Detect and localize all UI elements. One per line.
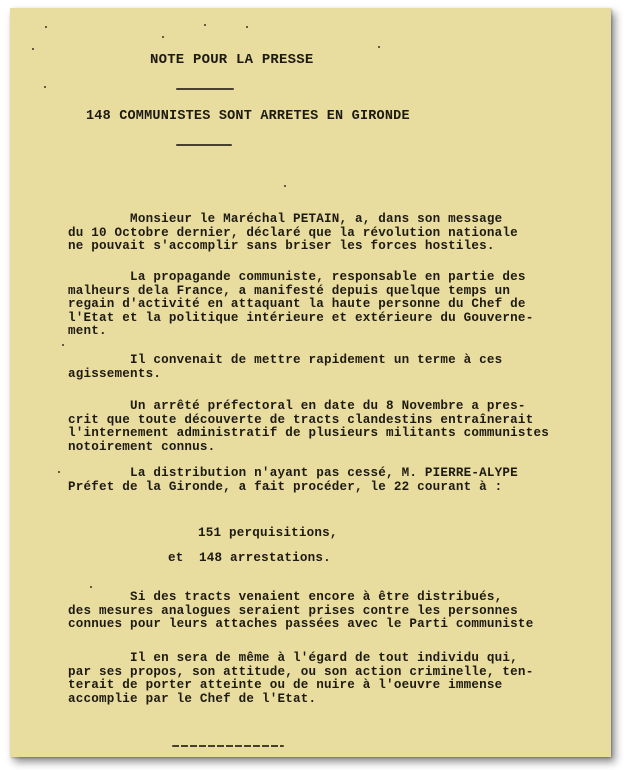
list-item-searches: 151 perquisitions, xyxy=(198,526,338,540)
ink-speck xyxy=(32,48,34,50)
ink-speck xyxy=(284,185,286,187)
document-title: NOTE POUR LA PRESSE xyxy=(150,52,313,68)
ink-speck xyxy=(45,26,47,28)
typewritten-document-page: NOTE POUR LA PRESSE 148 COMMUNISTES SONT… xyxy=(10,8,611,757)
ink-speck xyxy=(162,36,164,38)
paragraph-individual-warning: Il en sera de même à l'égard de tout ind… xyxy=(68,652,533,706)
ink-speck xyxy=(246,26,248,28)
ink-speck xyxy=(268,488,270,490)
ink-speck xyxy=(44,86,46,88)
document-subtitle: 148 COMMUNISTES SONT ARRETES EN GIRONDE xyxy=(86,109,410,124)
ink-speck xyxy=(58,471,60,473)
title-underline-divider xyxy=(176,88,234,90)
ink-speck xyxy=(204,24,206,26)
subtitle-underline-divider xyxy=(176,144,232,146)
list-item-arrests: et 148 arrestations. xyxy=(168,551,331,565)
closing-dashed-divider xyxy=(172,745,284,747)
paragraph-end-agitation: Il convenait de mettre rapidement un ter… xyxy=(68,354,502,381)
paragraph-prefectoral-order: Un arrêté préfectoral en date du 8 Novem… xyxy=(68,400,549,454)
paragraph-communist-propaganda: La propagande communiste, responsable en… xyxy=(68,271,533,339)
ink-speck xyxy=(62,344,64,346)
paragraph-further-measures: Si des tracts venaient encore à être dis… xyxy=(68,591,533,632)
ink-speck xyxy=(90,586,92,588)
ink-speck xyxy=(378,46,380,48)
paragraph-prefect-action: La distribution n'ayant pas cessé, M. PI… xyxy=(68,467,518,494)
paragraph-petain-message: Monsieur le Maréchal PETAIN, a, dans son… xyxy=(68,213,518,254)
